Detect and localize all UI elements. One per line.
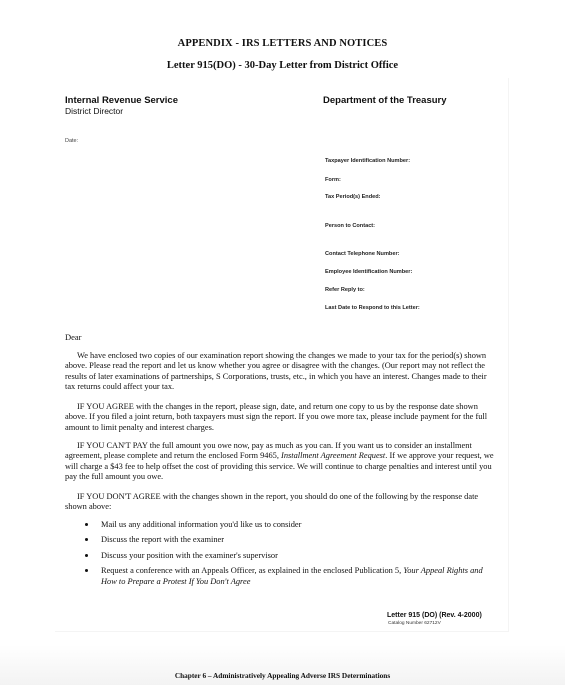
field-employee-id: Employee Identification Number: xyxy=(325,269,412,275)
list-item: Discuss the report with the examiner xyxy=(65,535,497,545)
form-title-italic: Installment Agreement Request xyxy=(281,451,385,460)
field-tax-period: Tax Period(s) Ended: xyxy=(325,194,381,200)
date-label: Date: xyxy=(65,138,78,144)
agency-name: Internal Revenue Service xyxy=(65,95,178,106)
catalog-number: Catalog Number 62712V xyxy=(388,621,441,626)
appendix-title: APPENDIX - IRS LETTERS AND NOTICES xyxy=(0,38,565,49)
bullet-icon xyxy=(85,554,88,557)
paragraph-if-you-dont-agree: IF YOU DON'T AGREE with the changes show… xyxy=(65,492,497,513)
department-name: Department of the Treasury xyxy=(323,95,447,106)
list-item: Discuss your position with the examiner'… xyxy=(65,551,497,561)
bullet-icon xyxy=(85,538,88,541)
options-list: Mail us any additional information you'd… xyxy=(65,520,497,592)
field-form: Form: xyxy=(325,177,341,183)
list-item: Request a conference with an Appeals Off… xyxy=(65,566,497,587)
paragraph-if-you-agree: IF YOU AGREE with the changes in the rep… xyxy=(65,402,497,433)
bullet-icon xyxy=(85,569,88,572)
field-last-date: Last Date to Respond to this Letter: xyxy=(325,305,420,311)
bullet-icon xyxy=(85,523,88,526)
letter-title: Letter 915(DO) - 30-Day Letter from Dist… xyxy=(0,60,565,71)
field-contact-phone: Contact Telephone Number: xyxy=(325,251,399,257)
list-item: Mail us any additional information you'd… xyxy=(65,520,497,530)
letter-form-id: Letter 915 (DO) (Rev. 4-2000) xyxy=(387,612,482,619)
office-name: District Director xyxy=(65,106,123,116)
paragraph-enclosed-report: We have enclosed two copies of our exami… xyxy=(65,351,497,392)
salutation: Dear xyxy=(65,332,82,342)
field-taxpayer-id: Taxpayer Identification Number: xyxy=(325,158,410,164)
chapter-footer: Chapter 6 – Administratively Appealing A… xyxy=(0,671,565,680)
paragraph-if-you-cant-pay: IF YOU CAN'T PAY the full amount you owe… xyxy=(65,441,497,482)
field-refer-reply: Refer Reply to: xyxy=(325,287,365,293)
field-person-to-contact: Person to Contact: xyxy=(325,223,375,229)
